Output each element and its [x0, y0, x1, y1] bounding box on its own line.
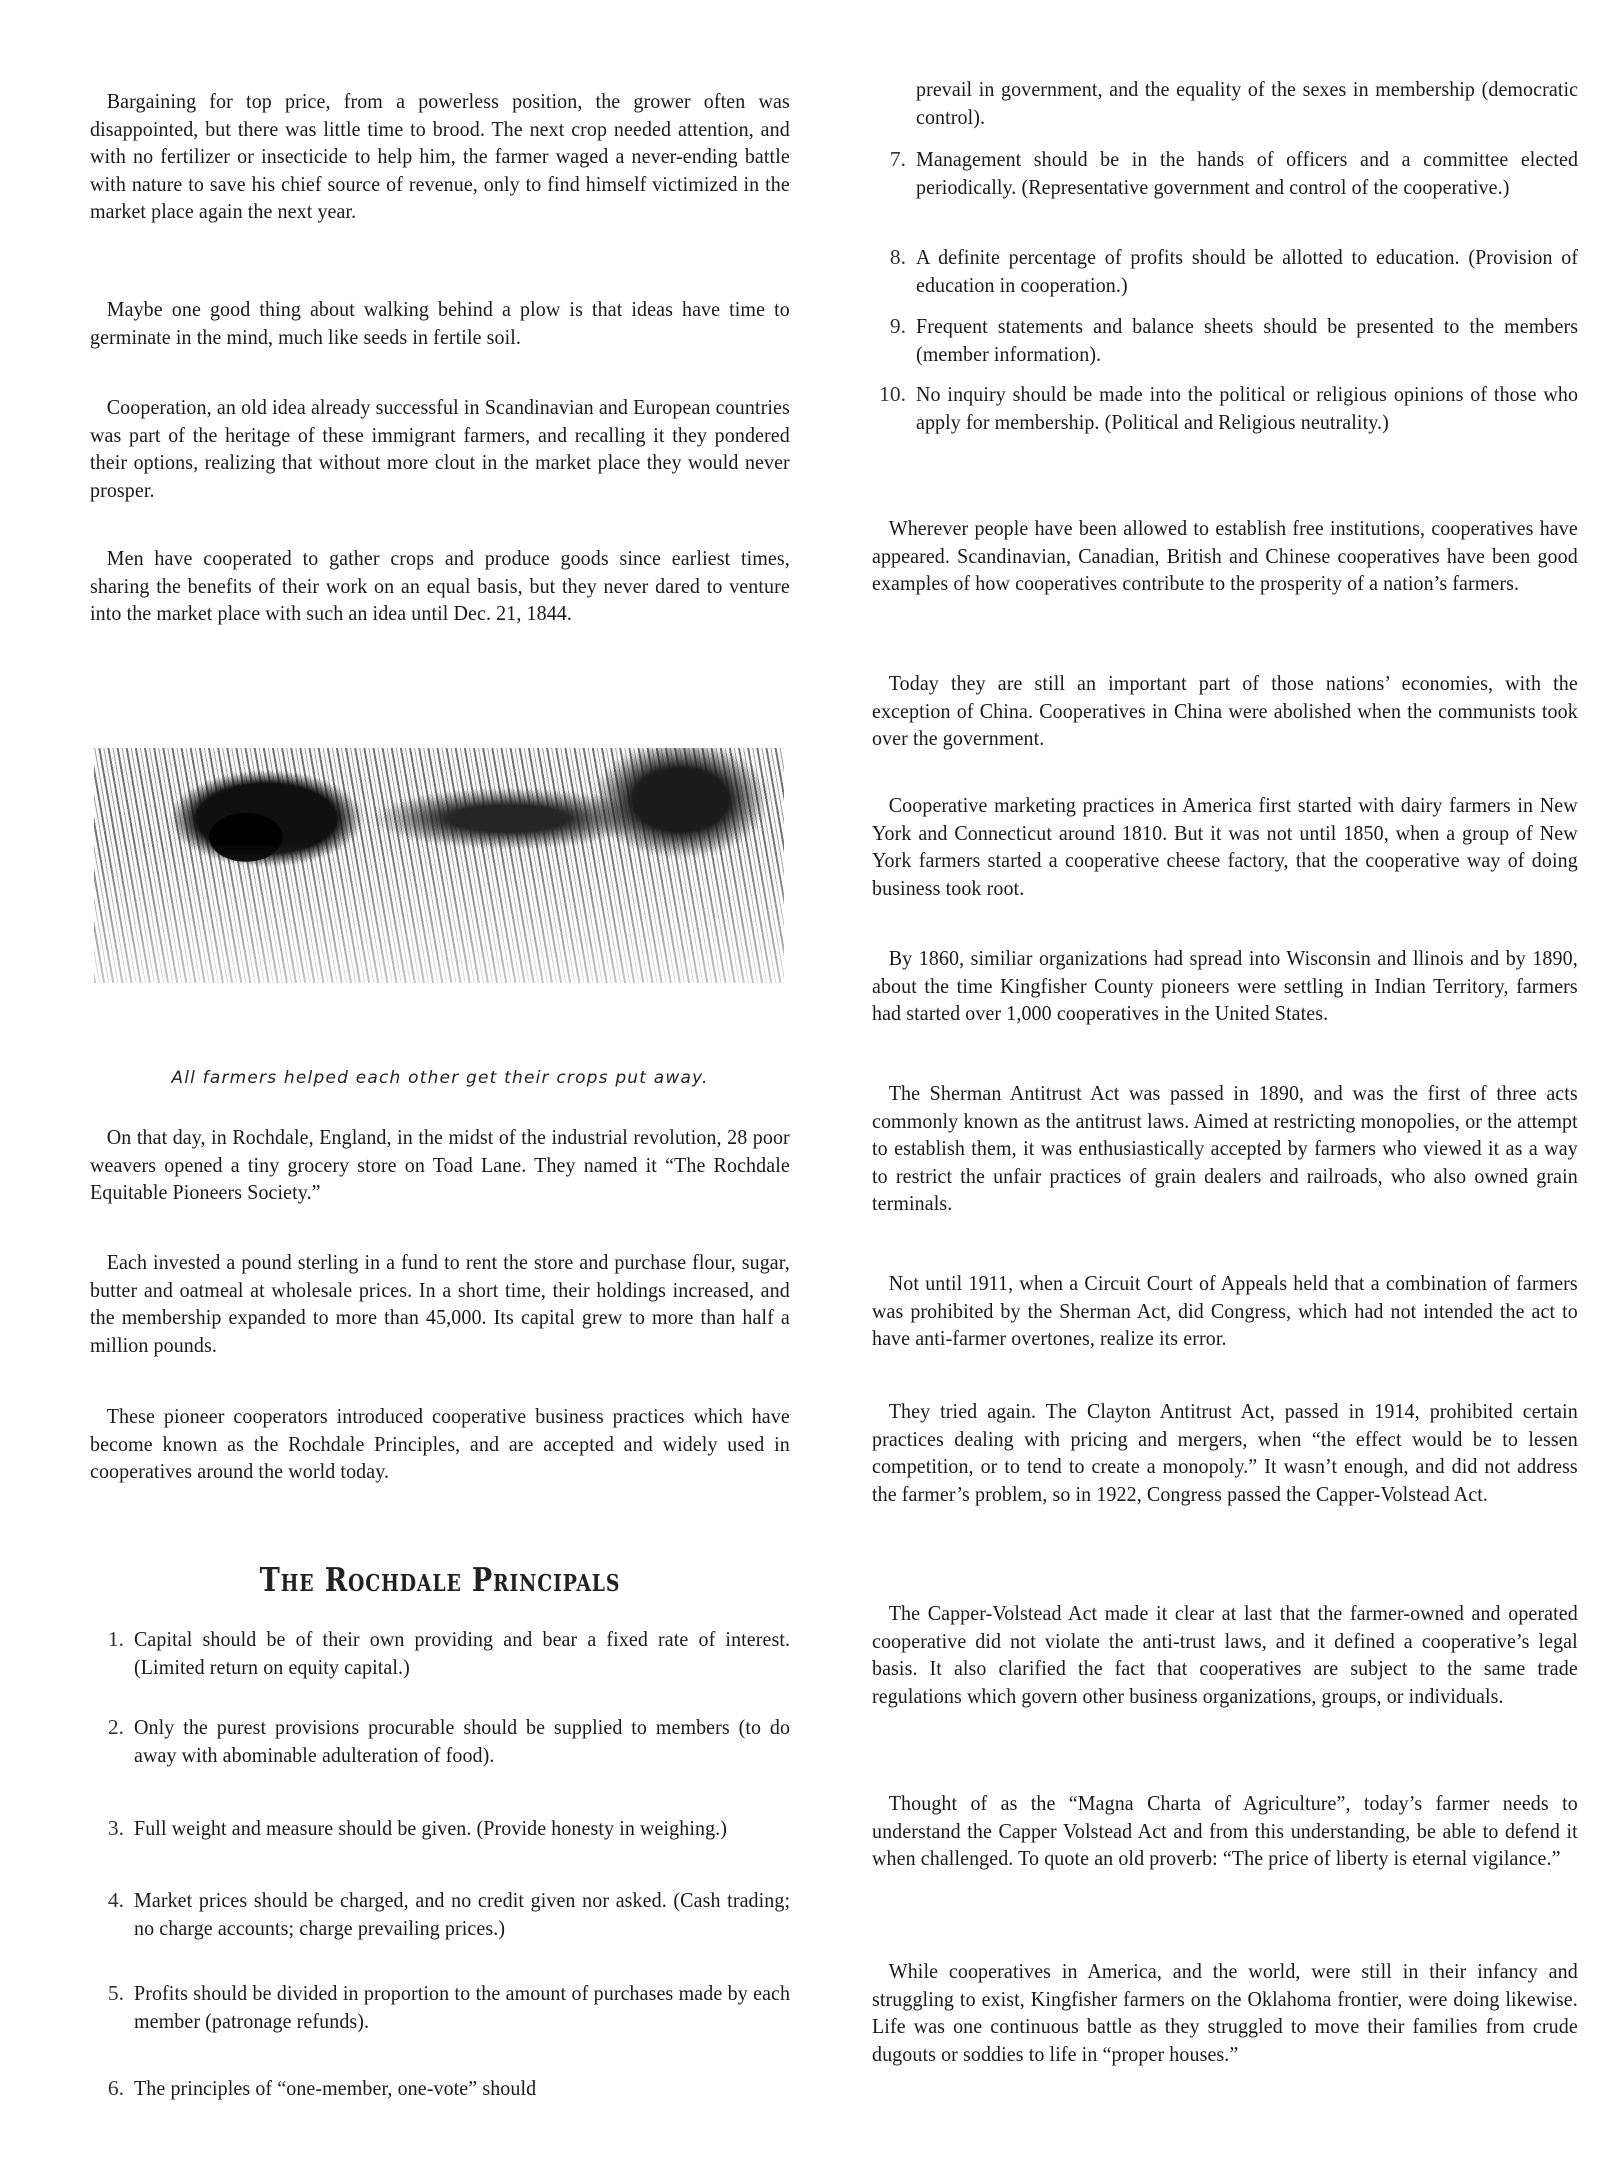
photo-caption: All farmers helped each other get their … [90, 1068, 790, 1088]
paragraph: Not until 1911, when a Circuit Court of … [872, 1270, 1578, 1353]
paragraph: These pioneer cooperators introduced coo… [90, 1403, 790, 1486]
paragraph: Wherever people have been allowed to est… [872, 515, 1578, 598]
paragraph: The Capper-Volstead Act made it clear at… [872, 1600, 1578, 1710]
paragraph: Men have cooperated to gather crops and … [90, 545, 790, 628]
principle-item-continuation: prevail in government, and the equality … [872, 76, 1578, 131]
principle-item: 4.Market prices should be charged, and n… [90, 1887, 790, 1942]
principle-item: 8.A definite percentage of profits shoul… [872, 244, 1578, 299]
paragraph: The Sherman Antitrust Act was passed in … [872, 1080, 1578, 1218]
principle-item: 10.No inquiry should be made into the po… [872, 381, 1578, 436]
principle-item: 3.Full weight and measure should be give… [90, 1815, 790, 1843]
paragraph: By 1860, similiar organizations had spre… [872, 945, 1578, 1028]
principle-item: 2.Only the purest provisions procurable … [90, 1714, 790, 1769]
principle-item: 5.Profits should be divided in proportio… [90, 1980, 790, 2035]
paragraph: Cooperation, an old idea already success… [90, 394, 790, 504]
principle-item: 9.Frequent statements and balance sheets… [872, 313, 1578, 368]
paragraph: Thought of as the “Magna Charta of Agric… [872, 1790, 1578, 1873]
paragraph: On that day, in Rochdale, England, in th… [90, 1124, 790, 1207]
farmers-harvest-photo [94, 748, 784, 983]
principle-item: 6.The principles of “one-member, one-vot… [90, 2075, 790, 2103]
paragraph: Maybe one good thing about walking behin… [90, 296, 790, 351]
paragraph: While cooperatives in America, and the w… [872, 1958, 1578, 2068]
principle-item: 7.Management should be in the hands of o… [872, 146, 1578, 201]
paragraph: They tried again. The Clayton Antitrust … [872, 1398, 1578, 1508]
section-heading: The Rochdale Principals [153, 1560, 727, 1599]
paragraph: Each invested a pound sterling in a fund… [90, 1249, 790, 1359]
paragraph: Bargaining for top price, from a powerle… [90, 88, 790, 226]
paragraph: Today they are still an important part o… [872, 670, 1578, 753]
paragraph: Cooperative marketing practices in Ameri… [872, 792, 1578, 902]
principle-item: 1.Capital should be of their own providi… [90, 1626, 790, 1681]
